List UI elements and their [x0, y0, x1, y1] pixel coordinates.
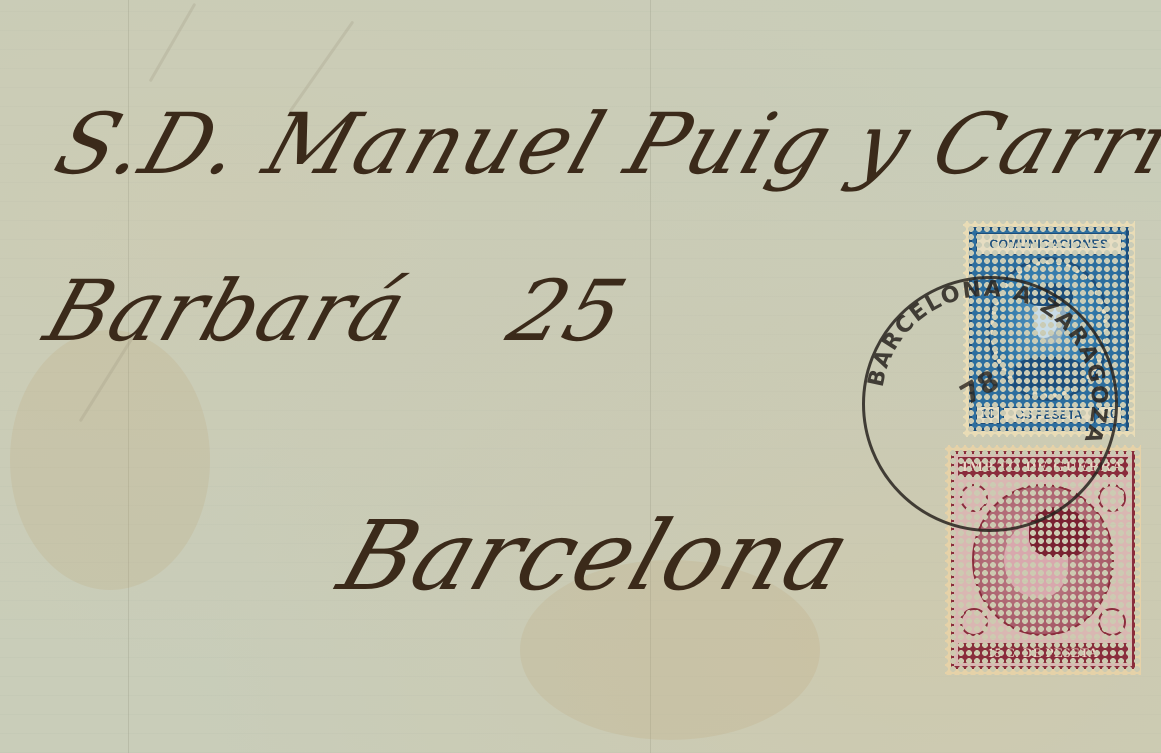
portrait-hair	[1029, 507, 1090, 557]
ornament-icon	[1098, 608, 1126, 636]
address-recipient: S.D. Manuel Puig y Carri	[44, 95, 1161, 193]
stamp-frame: COMUNICACIONES 10 CS PESETA 10	[969, 227, 1129, 431]
address-street-line: Barbará25	[34, 262, 638, 360]
stamp-top-label: COMUNICACIONES	[976, 233, 1122, 255]
stamp-impuesto-guerra: IMP.TO DE GUERRA 15 C. DE PESETA	[945, 445, 1141, 675]
stamp-value-left: 10	[976, 406, 1000, 424]
stamp-frame: IMP.TO DE GUERRA 15 C. DE PESETA	[951, 451, 1135, 669]
address-street: Barbará	[34, 262, 419, 360]
stamp-top-label: IMP.TO DE GUERRA	[958, 457, 1128, 477]
portrait-oval	[990, 260, 1108, 398]
stamp-value-row: 10 CS PESETA 10	[976, 405, 1122, 425]
bleed-through-stroke	[149, 3, 197, 82]
portrait-uniform	[1014, 357, 1083, 388]
ornament-icon	[960, 484, 988, 512]
portrait-hair	[1027, 283, 1072, 306]
address-number: 25	[497, 262, 638, 360]
stamp-value-label: 15 C. DE PESETA	[958, 643, 1128, 663]
postal-cover: S.D. Manuel Puig y Carri Barbará25 Barce…	[0, 0, 1161, 753]
stamp-value-right: 10	[1098, 406, 1122, 424]
ornament-icon	[960, 608, 988, 636]
address-city: Barcelona	[327, 500, 864, 612]
ornament-icon	[1098, 484, 1126, 512]
stamp-comunicaciones: COMUNICACIONES 10 CS PESETA 10	[963, 221, 1135, 437]
portrait-oval	[972, 484, 1114, 636]
stamp-value-text: CS PESETA	[1003, 407, 1095, 423]
